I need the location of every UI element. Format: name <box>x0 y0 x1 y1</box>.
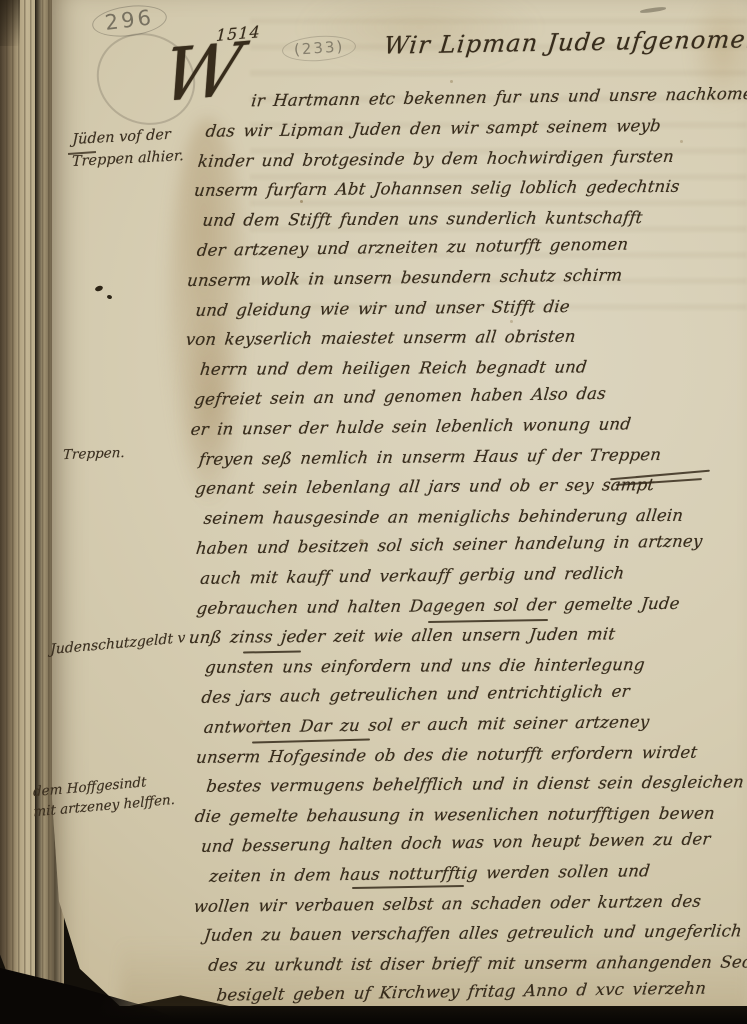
manuscript-photo: 296 (233) 1514 Wir Lipman Jude ufgenomen… <box>0 0 747 1024</box>
text-line: unserm furfarn Abt Johannsen selig lobli… <box>193 172 746 206</box>
text-line: freyen seß nemlich in unserm Haus uf der… <box>197 439 747 475</box>
text-line: unß zinss jeder zeit wie allen unsern Ju… <box>187 619 747 654</box>
text-line: zeiten in dem haus notturfftig werden so… <box>208 855 747 892</box>
margin-note-jews-at-stairs: Jüden vof der Treppen alhier. <box>72 123 185 173</box>
body-text: ir Hartmann etc bekennen fur uns und uns… <box>191 81 747 1010</box>
text-line: antworten Dar zu sol er auch mit seiner … <box>202 706 747 743</box>
text-line: kinder und brotgesinde by dem hochwirdig… <box>196 141 745 177</box>
binding-corner-shadow <box>0 0 20 46</box>
text-line: Juden zu bauen verschaffen alles getreul… <box>202 917 747 951</box>
text-line: von keyserlich maiestet unserm all obris… <box>184 321 747 356</box>
text-line: auch mit kauff und verkauff gerbig und r… <box>199 557 747 594</box>
text-line: gebrauchen und halten Dagegen sol der ge… <box>195 588 747 624</box>
text-line: das wir Lipman Juden den wir sampt seine… <box>204 110 745 147</box>
margin-note-treppen: Treppen. <box>63 445 126 463</box>
text-line: wollen wir verbauen selbst an schaden od… <box>192 886 747 922</box>
text-line: bestes vermugens behelfflich und in dien… <box>205 768 747 802</box>
text-line: und gleidung wie wir und unser Stifft di… <box>194 290 747 326</box>
